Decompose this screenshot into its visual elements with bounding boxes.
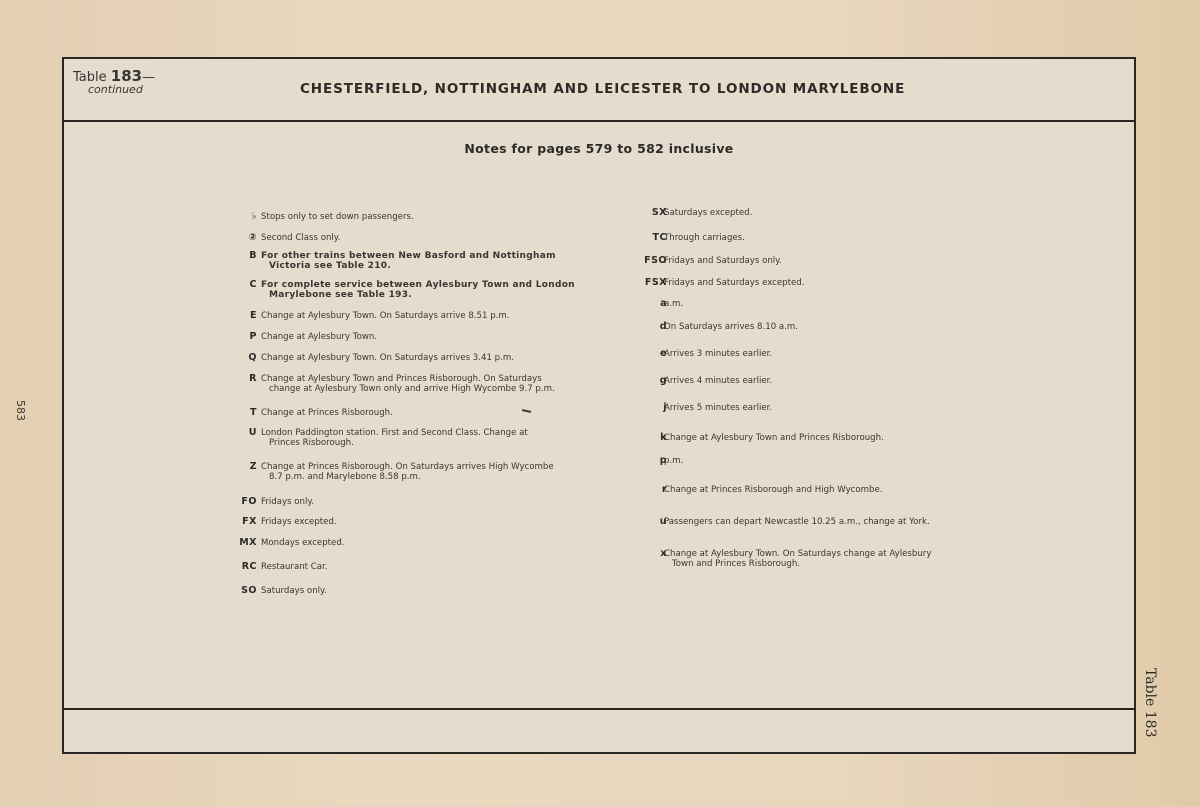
- note-code: SX: [627, 208, 667, 218]
- note-code: Z: [217, 462, 257, 472]
- note-text: Change at Aylesbury Town. On Saturdays c…: [664, 549, 931, 569]
- note-code: ②: [217, 233, 257, 243]
- note-text: p.m.: [664, 456, 683, 466]
- note-code: P: [217, 332, 257, 342]
- note-text: Second Class only.: [261, 233, 340, 243]
- note-code: k: [627, 433, 667, 443]
- note-text: Change at Aylesbury Town.: [261, 332, 377, 342]
- note-text: Mondays excepted.: [261, 538, 345, 548]
- note-code: p: [627, 456, 667, 466]
- note-text: Fridays excepted.: [261, 517, 337, 527]
- note-text: Change at Aylesbury Town. On Saturdays a…: [261, 311, 509, 321]
- note-text: London Paddington station. First and Sec…: [261, 428, 528, 448]
- note-text: a.m.: [664, 299, 683, 309]
- note-text: Change at Aylesbury Town and Princes Ris…: [664, 433, 884, 443]
- note-code: FSX: [627, 278, 667, 288]
- note-text: Arrives 3 minutes earlier.: [664, 349, 772, 359]
- note-code: T: [217, 408, 257, 418]
- note-text: Arrives 5 minutes earlier.: [664, 403, 772, 413]
- note-code: TC: [627, 233, 667, 243]
- continued-label: continued: [88, 83, 143, 96]
- note-code: r: [627, 485, 667, 495]
- note-text: Saturdays excepted.: [664, 208, 752, 218]
- note-code: B: [217, 251, 257, 261]
- note-text: Change at Princes Risborough and High Wy…: [664, 485, 883, 495]
- side-table-label: Table 183: [1142, 668, 1158, 738]
- note-text: Saturdays only.: [261, 586, 327, 596]
- note-code: RC: [217, 562, 257, 572]
- note-text: Change at Aylesbury Town. On Saturdays a…: [261, 353, 514, 363]
- note-text: Fridays only.: [261, 497, 314, 507]
- note-code: E: [217, 311, 257, 321]
- note-code: d: [627, 322, 667, 332]
- note-text: Arrives 4 minutes earlier.: [664, 376, 772, 386]
- page-number: 583: [14, 400, 27, 421]
- timetable-frame: Table 183— continued CHESTERFIELD, NOTTI…: [62, 57, 1136, 754]
- note-text: Change at Aylesbury Town and Princes Ris…: [261, 374, 555, 394]
- note-text: Fridays and Saturdays only.: [664, 256, 782, 266]
- note-text: On Saturdays arrives 8.10 a.m.: [664, 322, 798, 332]
- footer-divider: [64, 708, 1134, 710]
- note-code: R: [217, 374, 257, 384]
- note-code: g: [627, 376, 667, 386]
- note-code: Q: [217, 353, 257, 363]
- note-code: x: [627, 549, 667, 559]
- note-code: FO: [217, 497, 257, 507]
- note-text: Restaurant Car.: [261, 562, 328, 572]
- note-code: u: [627, 517, 667, 527]
- note-text: Change at Princes Risborough.: [261, 408, 393, 418]
- note-text: For other trains between New Basford and…: [261, 251, 556, 271]
- note-text: Passengers can depart Newcastle 10.25 a.…: [664, 517, 930, 527]
- note-text: Fridays and Saturdays excepted.: [664, 278, 804, 288]
- note-code: U: [217, 428, 257, 438]
- note-code: FX: [217, 517, 257, 527]
- note-text: Through carriages.: [664, 233, 745, 243]
- note-code: ♭: [217, 212, 257, 222]
- dash: —: [142, 70, 155, 85]
- note-code: j: [627, 403, 667, 413]
- note-code: MX: [217, 538, 257, 548]
- note-code: FSO: [627, 256, 667, 266]
- note-code: a: [627, 299, 667, 309]
- table-header: Table 183— continued CHESTERFIELD, NOTTI…: [64, 59, 1134, 122]
- note-code: SO: [217, 586, 257, 596]
- notes-subtitle: Notes for pages 579 to 582 inclusive: [64, 141, 1134, 156]
- note-text: Change at Princes Risborough. On Saturda…: [261, 462, 554, 482]
- note-text: Stops only to set down passengers.: [261, 212, 414, 222]
- page-title: CHESTERFIELD, NOTTINGHAM AND LEICESTER T…: [300, 81, 905, 97]
- note-code: C: [217, 280, 257, 290]
- note-code: e: [627, 349, 667, 359]
- note-text: For complete service between Aylesbury T…: [261, 280, 575, 300]
